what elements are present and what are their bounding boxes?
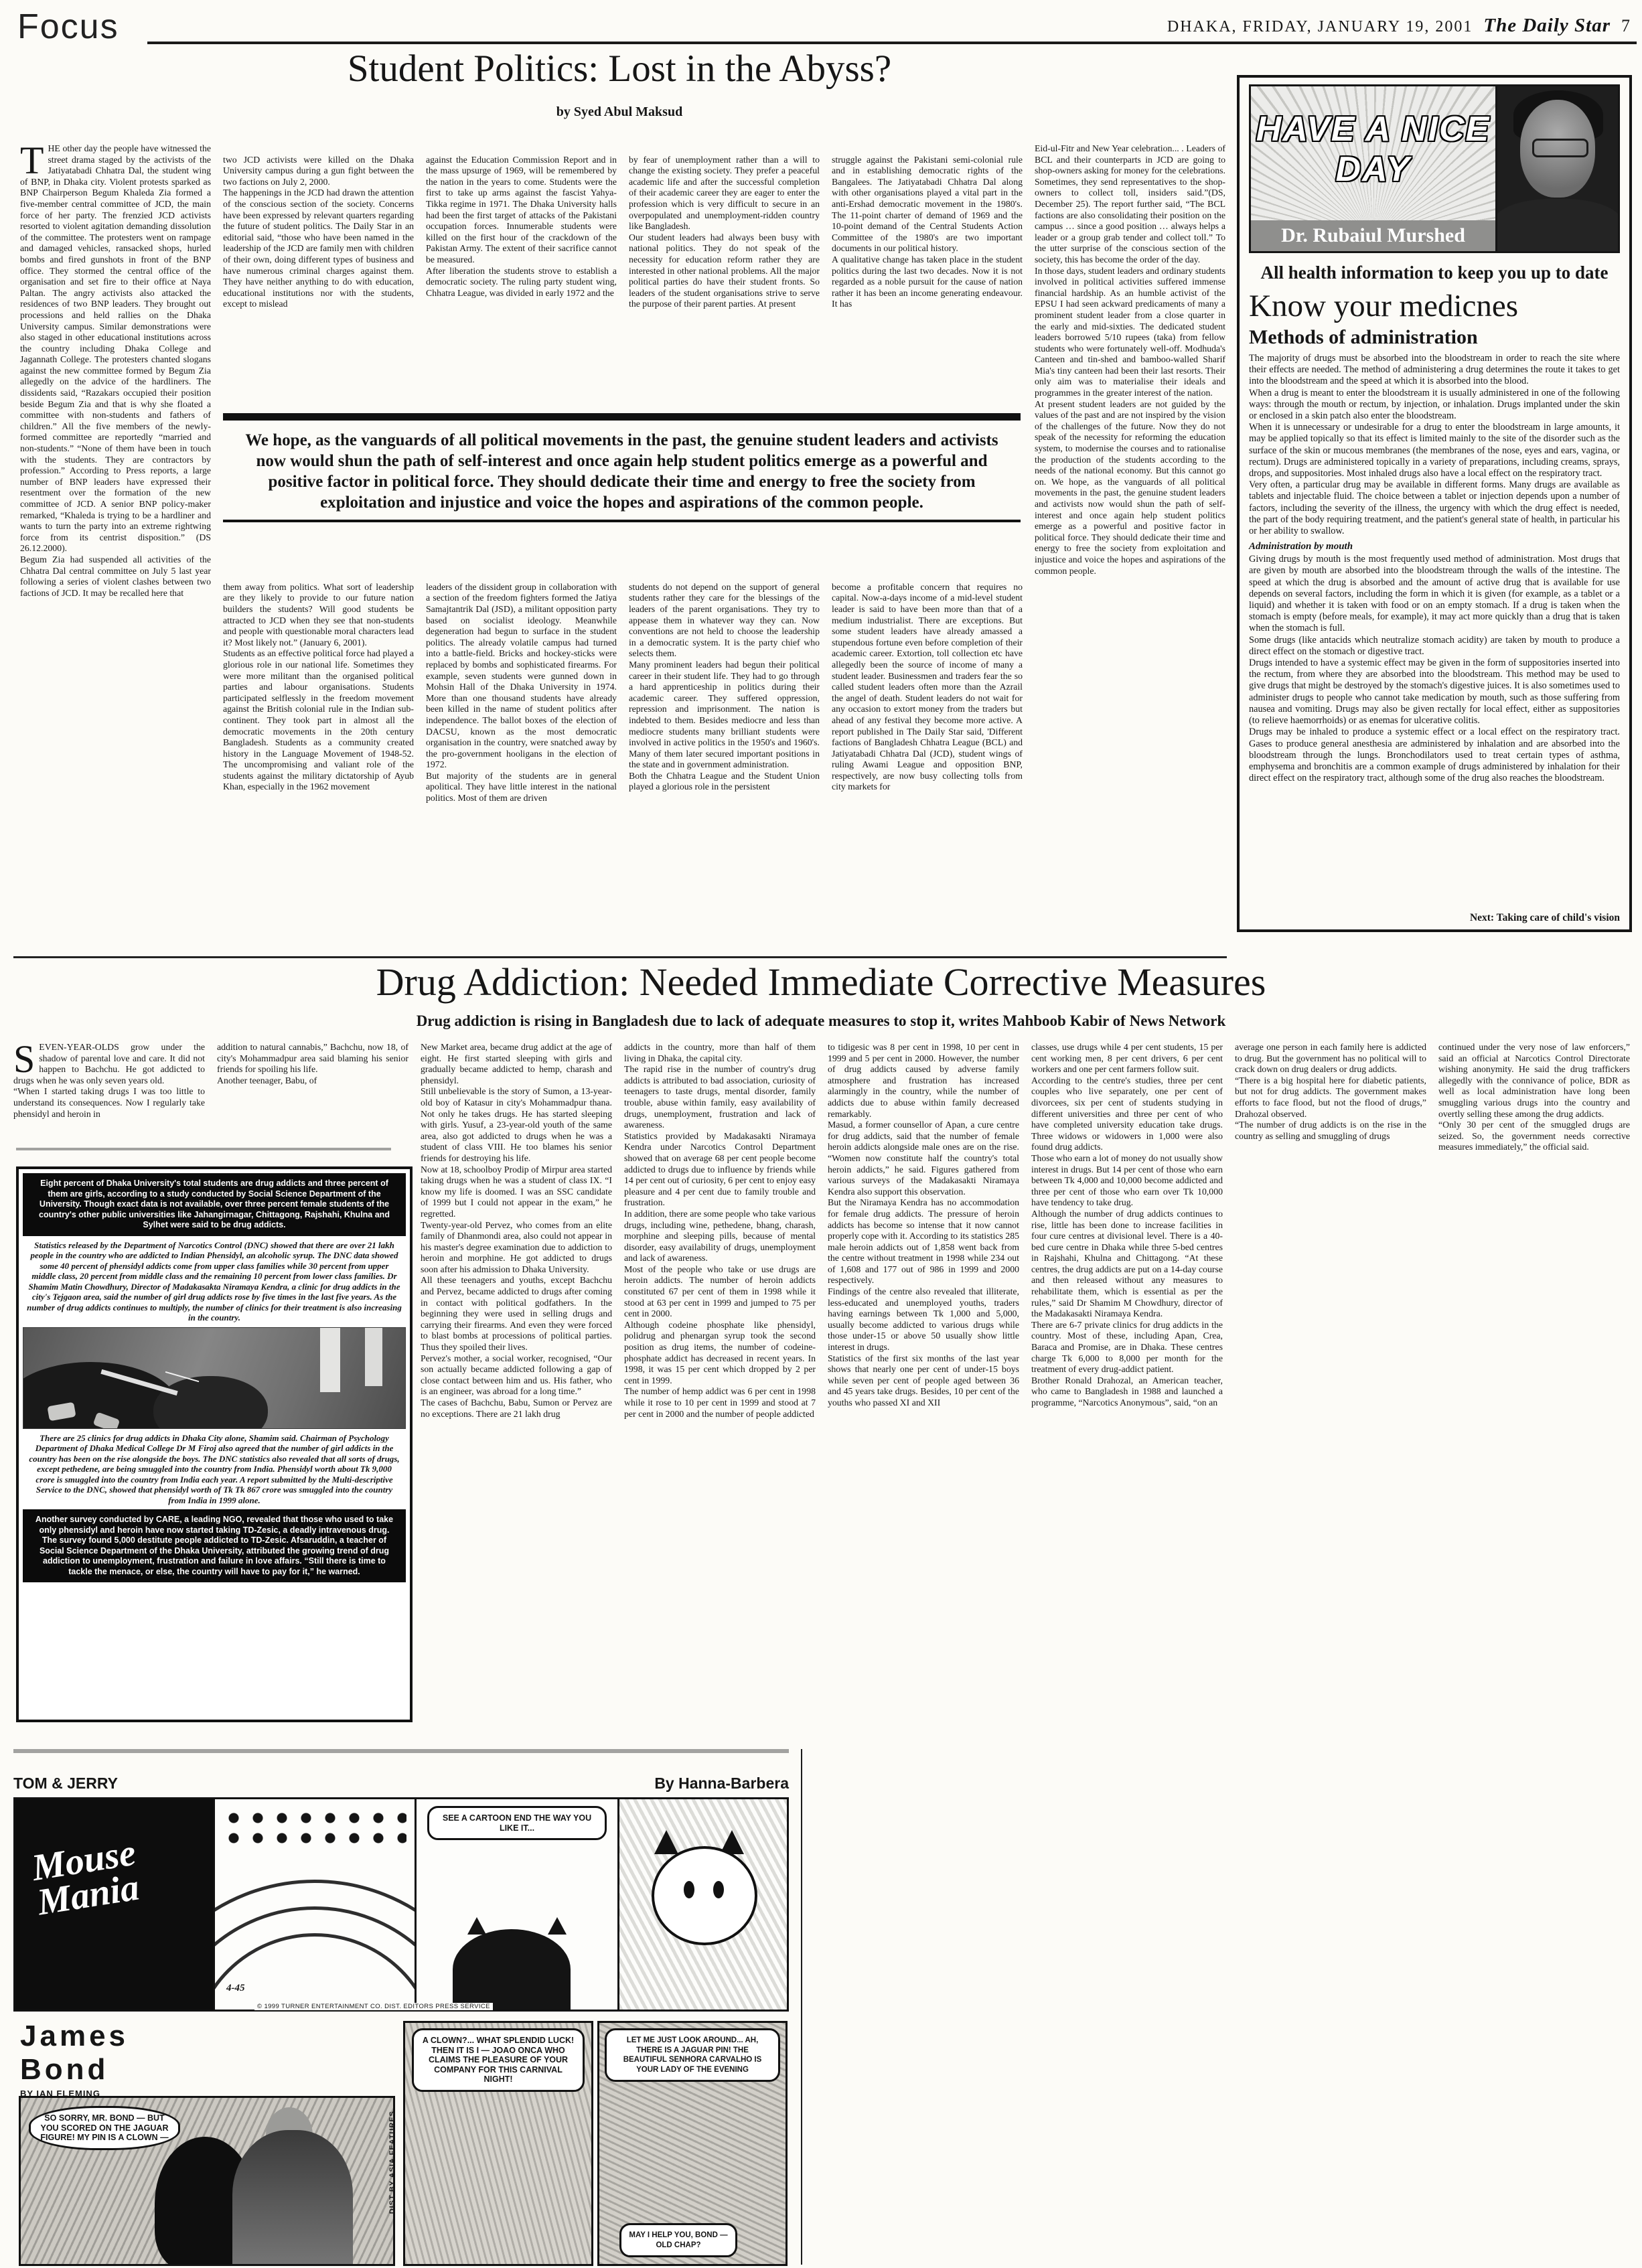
article1-column-3: against the Education Commission Report … — [426, 143, 617, 951]
tom-and-jerry-credit: By Hanna-Barbera — [654, 1774, 789, 1793]
section-title: Focus — [17, 7, 119, 47]
cat-silhouette — [453, 1929, 571, 2010]
bond-speech-bubble-2: A CLOWN?... WHAT SPLENDID LUCK! THEN IT … — [412, 2028, 585, 2092]
bond-figure — [232, 2130, 353, 2266]
tom-and-jerry-strip: TOM & JERRY By Hanna-Barbera Mouse Mania… — [13, 1769, 789, 2012]
sidebar-column-title: Know your medicnes — [1249, 289, 1620, 323]
stats-box-1: Eight percent of Dhaka University's tota… — [23, 1173, 406, 1236]
article2-column-3: New Market area, became drug addict at t… — [421, 1042, 612, 1732]
james-bond-strip: James Bond BY IAN FLEMING DRAWING BY HOR… — [13, 2017, 789, 2267]
article1-column-4-bottom: students do not depend on the support of… — [629, 582, 820, 951]
article1-headline: Student Politics: Lost in the Abyss? — [20, 48, 1219, 90]
sidebar-body-1: The majority of drugs must be absorbed i… — [1249, 353, 1620, 537]
cat-eye — [713, 1881, 724, 1898]
article1-column-6: Eid-ul-Fitr and New Year celebration... … — [1035, 143, 1225, 951]
doctor-shoulders — [1495, 199, 1618, 251]
cat-ear — [654, 1830, 678, 1854]
dateline: DHAKA, FRIDAY, JANUARY 19, 2001 — [1167, 18, 1473, 36]
distributor-credit: DIST BY ASIA FEATURES — [388, 2111, 396, 2214]
stats-box-2: Statistics released by the Department of… — [23, 1240, 406, 1323]
section-divider — [13, 956, 1227, 958]
sidebar-body-2: Giving drugs by mouth is the most freque… — [1249, 554, 1620, 784]
sidebar-subhead: Administration by mouth — [1249, 541, 1620, 552]
stats-box-3: Another survey conducted by CARE, a lead… — [23, 1509, 406, 1582]
james-bond-title: James Bond — [20, 2020, 221, 2087]
tj-panel-1: Mouse Mania — [15, 1799, 215, 2010]
bond-panel-1: SO SORRY, MR. BOND — BUT YOU SCORED ON T… — [19, 2096, 395, 2266]
article2-column-2: addition to natural cannabis,” Bachchu, … — [217, 1042, 408, 1142]
article2-column-6: classes, use drugs while 4 per cent stud… — [1031, 1042, 1223, 2127]
sidebar-next-teaser: Next: Taking care of child's vision — [1462, 912, 1620, 924]
newspaper-page: Focus DHAKA, FRIDAY, JANUARY 19, 2001 Th… — [0, 0, 1642, 2268]
pull-quote: We hope, as the vanguards of all politic… — [223, 413, 1021, 522]
doctor-photo — [1495, 86, 1618, 251]
cat-ear — [548, 1917, 567, 1935]
article1-column-5-bottom: become a profitable concern that require… — [832, 582, 1023, 951]
article2-column-7: average one person in each family here i… — [1235, 1042, 1426, 1390]
article2-headline: Drug Addiction: Needed Immediate Correct… — [13, 962, 1629, 1003]
article1-column-4-top: by fear of unemployment rather than a wi… — [629, 155, 820, 426]
photo-caption: There are 25 clinics for drug addicts in… — [23, 1433, 406, 1506]
article2-column-4: addicts in the country, more than half o… — [624, 1042, 816, 1732]
article1-column-5-top: struggle against the Pakistani semi-colo… — [832, 155, 1023, 426]
page-number: 7 — [1621, 16, 1630, 36]
tj-panel-3: SEE A CARTOON END THE WAY YOU LIKE IT... — [417, 1799, 619, 2010]
tj-panel-title: Mouse Mania — [29, 1828, 186, 1920]
vertical-rule — [801, 1749, 802, 2265]
photo-window — [320, 1328, 340, 1392]
bond-speech-bubble-4: MAY I HELP YOU, BOND — OLD CHAP? — [619, 2223, 737, 2257]
article1-column-4: by fear of unemployment rather than a wi… — [629, 143, 820, 951]
article1-column-1: THE other day the people have witnessed … — [20, 143, 211, 951]
article1-column-2-bottom: them away from politics. What sort of le… — [223, 582, 414, 951]
article2-column-1: SEVEN-YEAR-OLDS grow under the shadow of… — [13, 1042, 205, 1142]
article1-column-5: struggle against the Pakistani semi-colo… — [832, 143, 1023, 951]
drug-addicts-photo — [23, 1327, 406, 1429]
tom-and-jerry-title: TOM & JERRY — [13, 1774, 118, 1793]
header-right: DHAKA, FRIDAY, JANUARY 19, 2001 The Dail… — [1167, 15, 1630, 37]
copyright-line: © 1999 TURNER ENTERTAINMENT CO. DIST. ED… — [254, 2003, 493, 2010]
article1-column-3-top: against the Education Commission Report … — [426, 155, 617, 426]
artist-signature: 4-45 — [226, 1983, 245, 1994]
health-sidebar: HAVE A NICE DAY Dr. Rubaiul Murshed All … — [1237, 75, 1632, 932]
article1-column-2: two JCD activists were killed on the Dha… — [223, 143, 414, 951]
article2-column-5: to tidigesic was 8 per cent in 1998, 10 … — [828, 1042, 1019, 2127]
have-a-nice-day-banner: HAVE A NICE DAY Dr. Rubaiul Murshed — [1249, 84, 1620, 253]
banner-sunburst: HAVE A NICE DAY Dr. Rubaiul Murshed — [1251, 86, 1495, 251]
doctor-glasses — [1532, 139, 1588, 157]
article1-column-2-top: two JCD activists were killed on the Dha… — [223, 155, 414, 426]
bond-speech-bubble-1: SO SORRY, MR. BOND — BUT YOU SCORED ON T… — [29, 2106, 180, 2150]
bond-panel-3: LET ME JUST LOOK AROUND... AH, THERE IS … — [597, 2021, 788, 2266]
tom-and-jerry-panels: Mouse Mania SEE A CARTOON END THE WAY YO… — [13, 1797, 789, 2012]
header-rule — [147, 42, 1637, 44]
drug-stats-feature-box: Eight percent of Dhaka University's tota… — [16, 1166, 413, 1722]
article1-column-3-bottom: leaders of the dissident group in collab… — [426, 582, 617, 951]
marquee-lights — [223, 1807, 406, 1843]
article1-byline: by Syed Abul Maksud — [20, 104, 1219, 120]
feature-divider — [16, 1148, 391, 1150]
banner-author: Dr. Rubaiul Murshed — [1251, 220, 1495, 251]
cat-ear — [467, 1917, 486, 1935]
tom-and-jerry-header: TOM & JERRY By Hanna-Barbera — [13, 1769, 789, 1797]
photo-window — [365, 1328, 382, 1386]
tj-panel-4 — [619, 1799, 787, 2010]
banner-title: HAVE A NICE DAY — [1251, 109, 1495, 190]
cat-eye — [684, 1881, 694, 1898]
tj-panel-2 — [215, 1799, 417, 2010]
sidebar-section-heading: Methods of administration — [1249, 326, 1620, 349]
bond-panel-2: A CLOWN?... WHAT SPLENDID LUCK! THEN IT … — [403, 2021, 593, 2266]
masthead-logo: The Daily Star — [1483, 15, 1611, 37]
cat-face — [652, 1846, 757, 1945]
sidebar-tagline: All health information to keep you up to… — [1253, 262, 1616, 283]
tj-speech-bubble: SEE A CARTOON END THE WAY YOU LIKE IT... — [427, 1806, 607, 1840]
article2-subtitle: Drug addiction is rising in Bangladesh d… — [13, 1012, 1629, 1030]
photo-figure-silhouette — [153, 1376, 268, 1429]
comics-divider — [13, 1749, 789, 1753]
bond-speech-bubble-3: LET ME JUST LOOK AROUND... AH, THERE IS … — [605, 2028, 780, 2082]
article2-column-8: continued under the very nose of law enf… — [1438, 1042, 1630, 1263]
